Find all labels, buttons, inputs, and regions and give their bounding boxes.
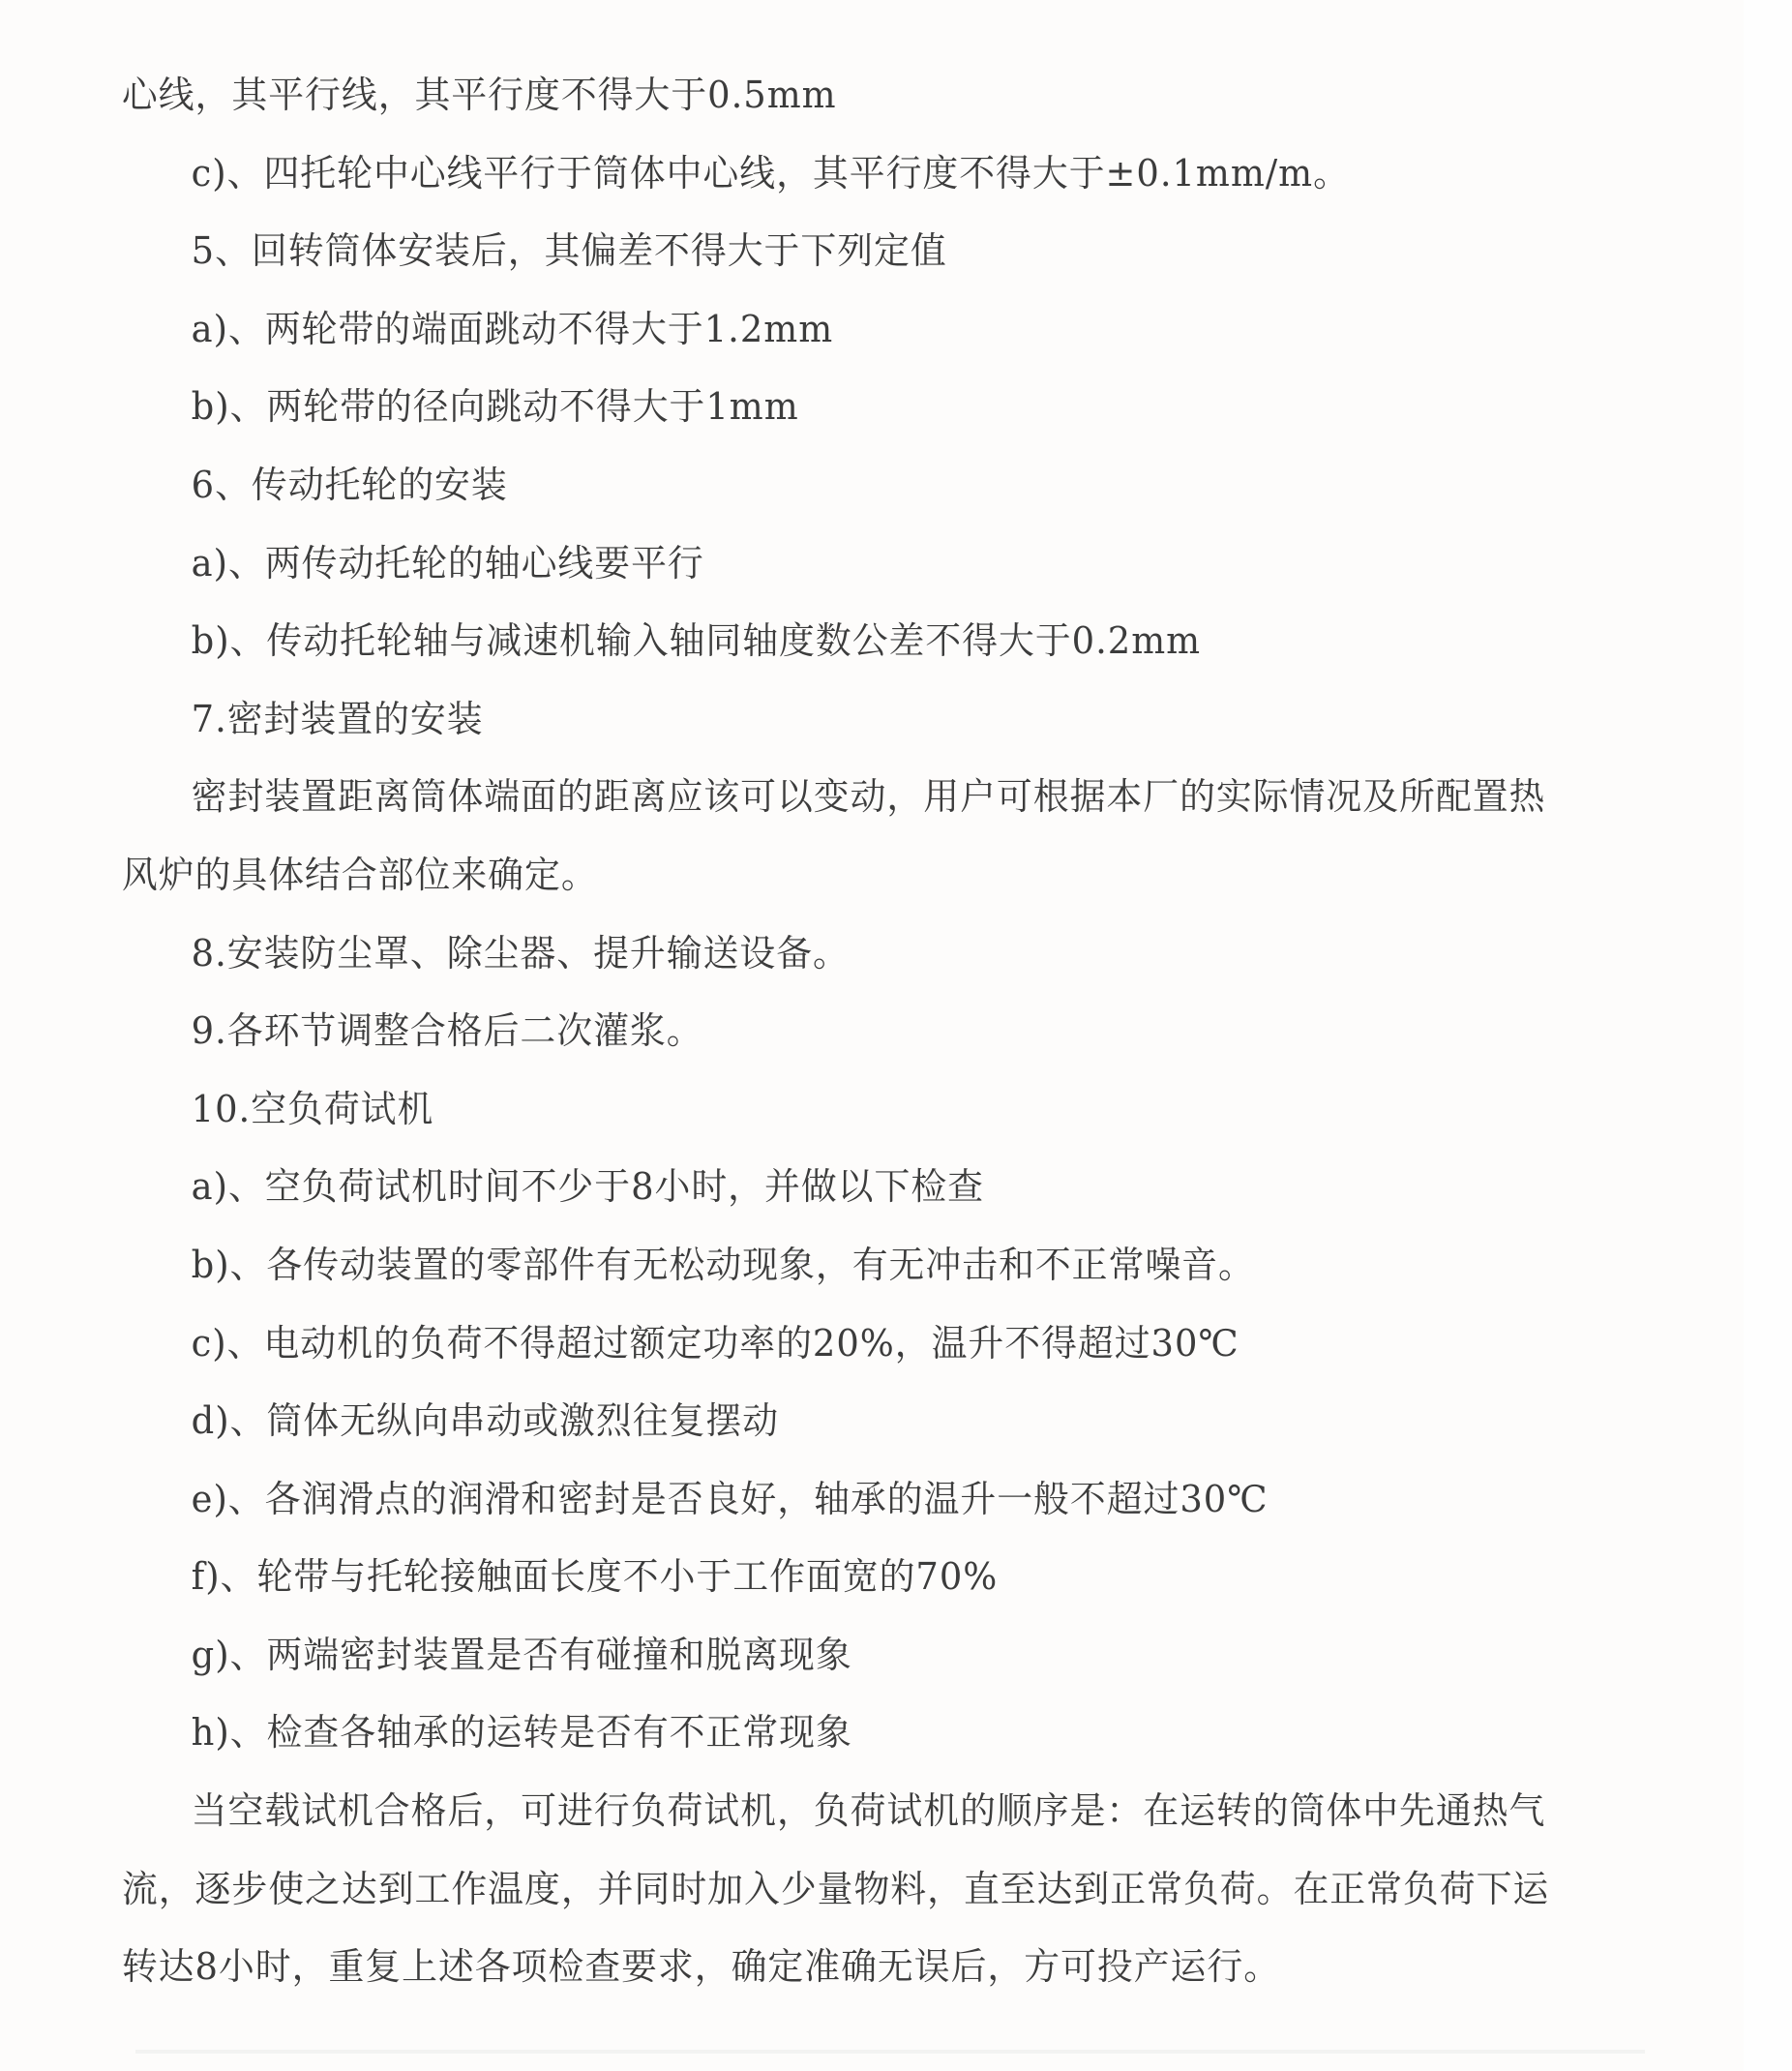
paragraph-load-test: 当空载试机合格后，可进行负荷试机，负荷试机的顺序是：在运转的筒体中先通热气 [118, 1772, 1648, 1850]
section-heading-8: 8.安装防尘罩、除尘器、提升输送设备。 [118, 915, 1648, 993]
list-item-b-coaxiality: b)、传动托轮轴与减速机输入轴同轴度数公差不得大于0.2mm [118, 602, 1648, 680]
section-heading-10: 10.空负荷试机 [118, 1070, 1648, 1149]
paragraph-seal-device: 密封装置距离筒体端面的距离应该可以变动，用户可根据本厂的实际情况及所配置热 [118, 758, 1648, 836]
list-item-f-contact-length: f)、轮带与托轮接触面长度不小于工作面宽的70% [118, 1538, 1648, 1616]
page-bottom-bleed [135, 2050, 1645, 2054]
section-heading-7: 7.密封装置的安装 [118, 680, 1648, 759]
list-item-a-end-runout: a)、两轮带的端面跳动不得大于1.2mm [118, 290, 1648, 369]
section-heading-6: 6、传动托轮的安装 [118, 446, 1648, 525]
paragraph-load-test-cont-1: 流，逐步使之达到工作温度，并同时加入少量物料，直至达到正常负荷。在正常负荷下运 [118, 1850, 1648, 1929]
list-item-g-seal-collision: g)、两端密封装置是否有碰撞和脱离现象 [118, 1616, 1648, 1695]
list-item-h-bearing-check: h)、检查各轴承的运转是否有不正常现象 [118, 1694, 1648, 1772]
paragraph-continuation: 心线，其平行线，其平行度不得大于0.5mm [118, 56, 1648, 135]
list-item-a-test-duration: a)、空负荷试机时间不少于8小时，并做以下检查 [118, 1148, 1648, 1226]
list-item-d-drum-movement: d)、筒体无纵向串动或激烈往复摆动 [118, 1382, 1648, 1460]
page-edge [1744, 0, 1792, 2071]
section-heading-9: 9.各环节调整合格后二次灌浆。 [118, 992, 1648, 1070]
document-body: 心线，其平行线，其平行度不得大于0.5mm c)、四托轮中心线平行于筒体中心线，… [118, 56, 1695, 2006]
list-item-a-axis-parallel: a)、两传动托轮的轴心线要平行 [118, 525, 1648, 603]
document-page: 心线，其平行线，其平行度不得大于0.5mm c)、四托轮中心线平行于筒体中心线，… [0, 0, 1792, 2071]
list-item-b-loose-parts: b)、各传动装置的零部件有无松动现象，有无冲击和不正常噪音。 [118, 1226, 1648, 1305]
list-item-c-roller-parallelism: c)、四托轮中心线平行于筒体中心线，其平行度不得大于±0.1mm/m。 [118, 135, 1648, 213]
paragraph-load-test-cont-2: 转达8小时，重复上述各项检查要求，确定准确无误后，方可投产运行。 [118, 1928, 1648, 2006]
list-item-e-lubrication: e)、各润滑点的润滑和密封是否良好，轴承的温升一般不超过30℃ [118, 1460, 1648, 1539]
paragraph-seal-device-cont: 风炉的具体结合部位来确定。 [118, 836, 1648, 915]
list-item-b-radial-runout: b)、两轮带的径向跳动不得大于1mm [118, 368, 1648, 446]
section-heading-5: 5、回转筒体安装后，其偏差不得大于下列定值 [118, 212, 1648, 290]
list-item-c-motor-load: c)、电动机的负荷不得超过额定功率的20%，温升不得超过30℃ [118, 1305, 1648, 1383]
